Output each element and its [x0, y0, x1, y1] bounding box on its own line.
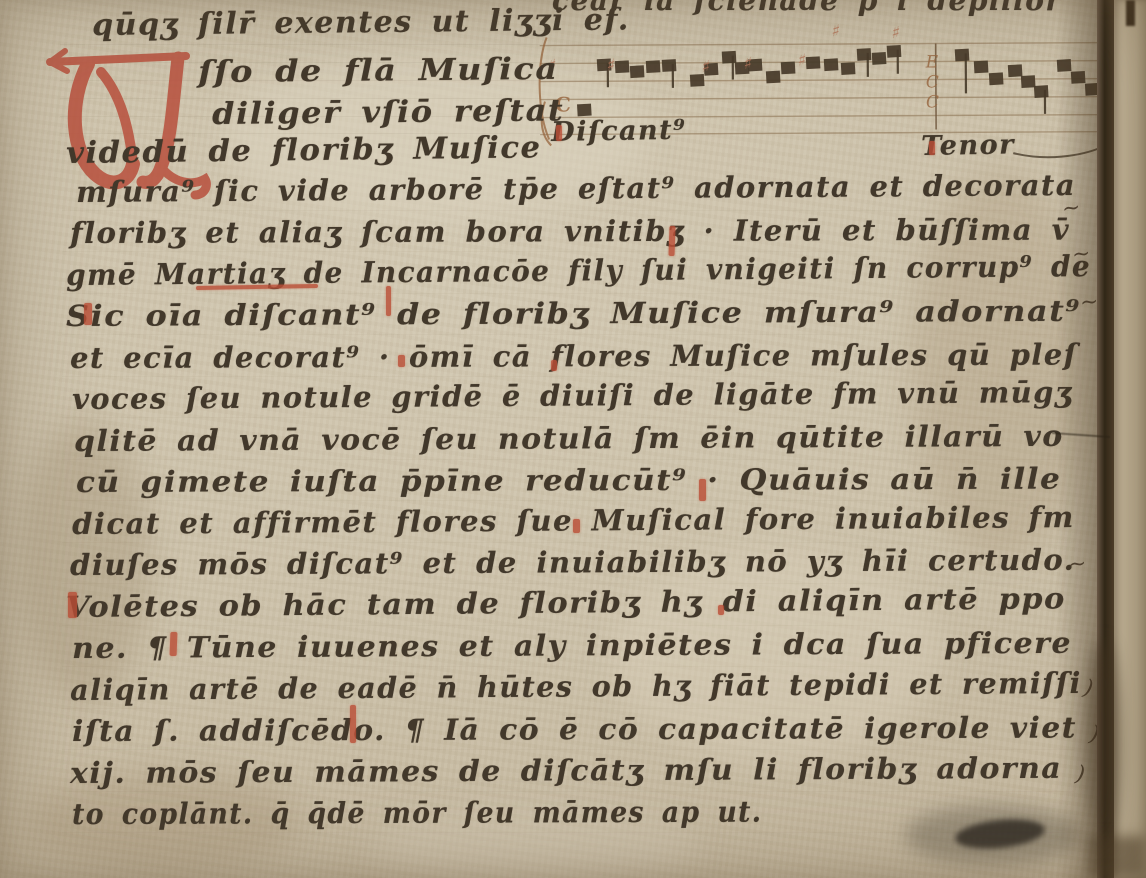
tenor-label: Tenor	[921, 129, 1015, 162]
ruling-line	[62, 417, 1074, 418]
text-line: qlitē ad vnā vocē ſeu notulā ſm ēin qūti…	[74, 419, 1064, 458]
text-line: to coplānt. q̄ q̄dē mōr ſeu māmes ap ut.	[72, 795, 762, 831]
svg-text:♯: ♯	[890, 23, 901, 44]
text-line: Volētes ob hāc tam de floribʒ hʒ di aliq…	[66, 581, 1066, 624]
svg-text:♯: ♯	[796, 50, 807, 71]
text-line: iſta ſ. addiſcēdo. ¶ Iā cō ē cō capacita…	[72, 710, 1077, 748]
margin-flourish: ~	[1079, 289, 1100, 316]
text-line: voces ſeu notule gridē ē diuiſi de ligāt…	[72, 375, 1073, 416]
text-line: Sic oīa diſcant⁹ de floribʒ Muſice mſura…	[66, 294, 1081, 333]
ruling-line	[62, 791, 1074, 792]
edge-ink-speck	[1126, 0, 1135, 26]
margin-flourish: )	[1081, 675, 1095, 701]
text-line: floribʒ et aliaʒ ſcam bora vnitibʒ · Ite…	[70, 213, 1070, 250]
text-line: dicat et affirmēt flores ſue Muſical for…	[72, 500, 1075, 541]
ruling-line	[62, 832, 1074, 833]
ruling-line	[62, 210, 1074, 211]
text-line: aliqīn artē de eadē n̄ hūtes ob hʒ fiāt …	[70, 666, 1082, 707]
svg-text:C: C	[926, 92, 939, 112]
svg-text:E: E	[925, 52, 939, 72]
ruling-line	[62, 459, 1074, 460]
manuscript-page: cear̄ la ſcienadē p̄ i depilior̄ qūqʒ ſi…	[0, 0, 1146, 878]
ruling-line	[62, 749, 1074, 750]
ruling-line	[62, 708, 1074, 709]
discantus-label: Diſcant⁹	[551, 115, 687, 148]
edge-stain	[1086, 640, 1120, 850]
text-line: et ecīa decorat⁹ · ōmī cā flores Muſice …	[70, 337, 1078, 375]
ink-smudge-halo	[905, 805, 1080, 865]
text-line: ne. ¶ Tūne iuuenes et aly inpiētes i dca…	[72, 626, 1072, 665]
text-line: xij. mōs ſeu māmes de diſcātʒ mſu li flo…	[70, 751, 1062, 790]
svg-text:♯: ♯	[830, 21, 841, 42]
text-line: cū gimete iuſta p̄pīne reducūt⁹ · Quāuis…	[76, 462, 1061, 499]
text-line: gmē Martiaʒ de Incarnacōe fily ſui vnige…	[66, 249, 1091, 292]
text-line: videdū de floribʒ Muſice	[66, 130, 542, 171]
text-line: diliger̄ vſiō reſtat	[212, 93, 564, 132]
svg-text:♯: ♯	[605, 55, 616, 76]
ink-smudge	[954, 815, 1046, 852]
corner-stain	[1088, 836, 1146, 878]
text-line: diuſes mōs diſcat⁹ et de inuiabilibʒ nō …	[70, 543, 1075, 582]
margin-flourish: )	[1087, 721, 1101, 747]
text-line: mſura⁹ ſic vide arborē tp̄e eſtat⁹ adorn…	[76, 168, 1076, 209]
text-line: ſſo de flā Muſica	[198, 52, 559, 90]
svg-text:♯: ♯	[742, 54, 753, 75]
music-staff: ECCC♯♯♯♯♯♯♯	[535, 28, 1146, 181]
ruling-line	[62, 334, 1074, 335]
svg-text:C: C	[926, 72, 939, 92]
margin-flourish: )	[1074, 761, 1087, 787]
